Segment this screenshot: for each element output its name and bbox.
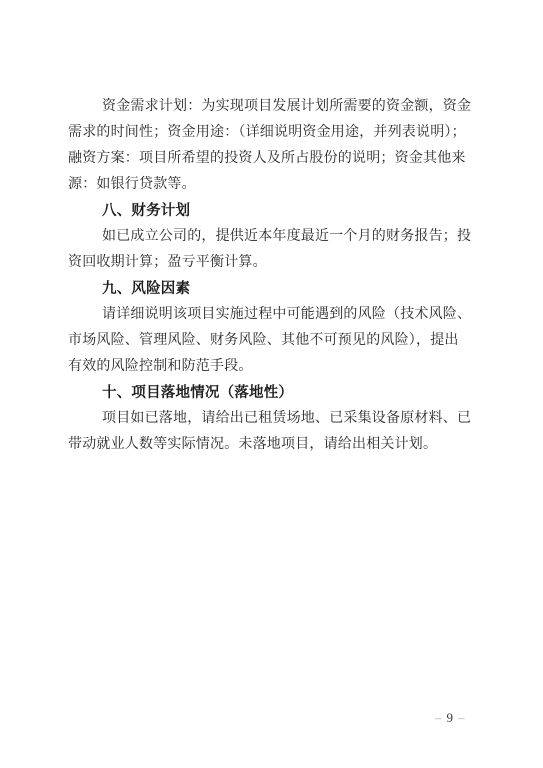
paragraph-project-landing: 项目如已落地，请给出已租赁场地、已采集设备原材料、已 带动就业人数等实际情况。未… <box>68 406 482 458</box>
page-number-right-dash: – <box>458 710 465 725</box>
section-heading-financial-plan: 八、财务计划 <box>68 198 482 224</box>
paragraph-line: 项目如已落地，请给出已租赁场地、已采集设备原材料、已 <box>68 406 482 432</box>
document-body: 资金需求计划：为实现项目发展计划所需要的资金额，资金 需求的时间性；资金用途：（… <box>68 94 482 458</box>
paragraph-line: 融资方案：项目所希望的投资人及所占股份的说明；资金其他来 <box>68 146 482 172</box>
page-number: –9– <box>430 710 470 726</box>
paragraph-funding-needs: 资金需求计划：为实现项目发展计划所需要的资金额，资金 需求的时间性；资金用途：（… <box>68 94 482 198</box>
paragraph-line: 市场风险、管理风险、财务风险、其他不可预见的风险），提出 <box>68 328 482 354</box>
paragraph-financial-plan: 如已成立公司的，提供近本年度最近一个月的财务报告；投 资回收期计算；盈亏平衡计算… <box>68 224 482 276</box>
paragraph-line: 资金需求计划：为实现项目发展计划所需要的资金额，资金 <box>68 94 482 120</box>
paragraph-line: 有效的风险控制和防范手段。 <box>68 354 482 380</box>
paragraph-line: 源：如银行贷款等。 <box>68 172 482 198</box>
page-number-left-dash: – <box>435 710 442 725</box>
paragraph-risk-factors: 请详细说明该项目实施过程中可能遇到的风险（技术风险、 市场风险、管理风险、财务风… <box>68 302 482 380</box>
paragraph-line: 需求的时间性；资金用途：（详细说明资金用途，并列表说明）； <box>68 120 482 146</box>
page-number-value: 9 <box>447 710 454 725</box>
paragraph-line: 请详细说明该项目实施过程中可能遇到的风险（技术风险、 <box>68 302 482 328</box>
section-heading-risk-factors: 九、风险因素 <box>68 276 482 302</box>
paragraph-line: 带动就业人数等实际情况。未落地项目，请给出相关计划。 <box>68 432 482 458</box>
document-page: 资金需求计划：为实现项目发展计划所需要的资金额，资金 需求的时间性；资金用途：（… <box>0 0 543 768</box>
section-heading-project-landing: 十、项目落地情况（落地性） <box>68 380 482 406</box>
paragraph-line: 资回收期计算；盈亏平衡计算。 <box>68 250 482 276</box>
paragraph-line: 如已成立公司的，提供近本年度最近一个月的财务报告；投 <box>68 224 482 250</box>
